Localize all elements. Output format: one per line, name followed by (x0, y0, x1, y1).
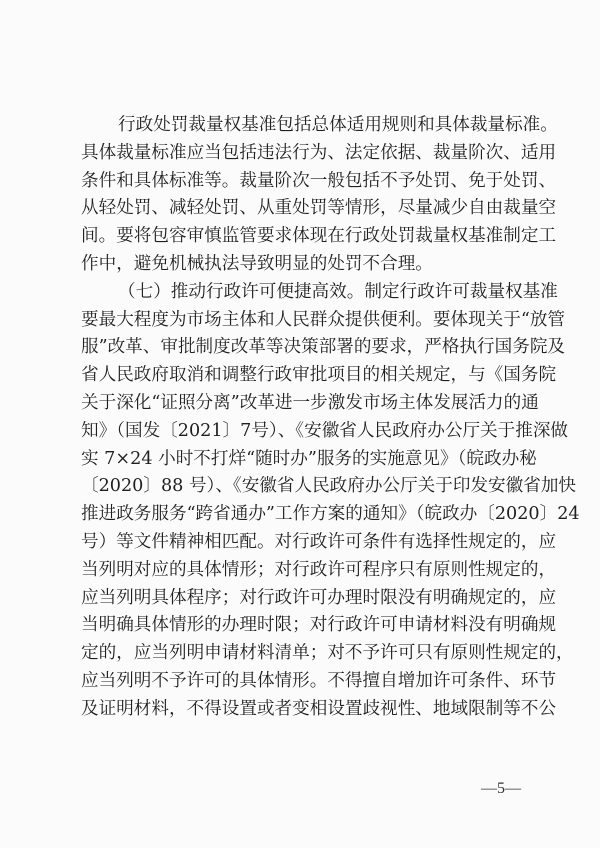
text-line: 服”改革、审批制度改革等决策部署的要求，严格执行国务院及 (81, 334, 521, 362)
text-line: 具体裁量标准应当包括违法行为、法定依据、裁量阶次、适用 (81, 140, 521, 168)
text-line: 当明确具体情形的办理时限；对行政许可申请材料没有明确规 (81, 612, 521, 640)
section-heading-line: （七）推动行政许可便捷高效。制定行政许可裁量权基准 (81, 279, 521, 307)
text-line: 知》（国发〔2021〕7号）、《安徽省人民政府办公厅关于推深做 (81, 418, 521, 446)
document-page-body: 行政处罚裁量权基准包括总体适用规则和具体裁量标准。 具体裁量标准应当包括违法行为… (81, 112, 521, 724)
text-line: 推进政务服务“跨省通办”工作方案的通知》（皖政办〔2020〕24 (81, 501, 521, 529)
text-line: 定的，应当列明申请材料清单；对不予许可只有原则性规定的， (81, 640, 521, 668)
text-line: 号）等文件精神相匹配。对行政许可条件有选择性规定的，应 (81, 529, 521, 557)
text-line: 省人民政府取消和调整行政审批项目的相关规定，与《国务院 (81, 362, 521, 390)
text-line: 实 7×24 小时不打烊“随时办”服务的实施意见》（皖政办秘 (81, 446, 521, 474)
text-line: 要最大程度为市场主体和人民群众提供便利。要体现关于“放管 (81, 307, 521, 335)
text-line: 作中，避免机械执法导致明显的处罚不合理。 (81, 251, 521, 279)
text-line: 〔2020〕88 号）、《安徽省人民政府办公厅关于印发安徽省加快 (81, 473, 521, 501)
text-line: 条件和具体标准等。裁量阶次一般包括不予处罚、免于处罚、 (81, 168, 521, 196)
paragraph-discretion-benchmark-content: 行政处罚裁量权基准包括总体适用规则和具体裁量标准。 具体裁量标准应当包括违法行为… (81, 112, 521, 279)
text-line: 应当列明具体程序；对行政许可办理时限没有明确规定的，应 (81, 585, 521, 613)
text-line: 行政处罚裁量权基准包括总体适用规则和具体裁量标准。 (81, 112, 521, 140)
text-line: 应当列明不予许可的具体情形。不得擅自增加许可条件、环节 (81, 668, 521, 696)
paragraph-section-7-administrative-licensing: （七）推动行政许可便捷高效。制定行政许可裁量权基准 要最大程度为市场主体和人民群… (81, 279, 521, 724)
page-number: —5— (466, 780, 536, 798)
text-line: 从轻处罚、减轻处罚、从重处罚等情形，尽量减少自由裁量空 (81, 195, 521, 223)
text-line: 及证明材料，不得设置或者变相设置歧视性、地域限制等不公 (81, 696, 521, 724)
text-line: 当列明对应的具体情形；对行政许可程序只有原则性规定的， (81, 557, 521, 585)
text-line: 关于深化“证照分离”改革进一步激发市场主体发展活力的通 (81, 390, 521, 418)
text-line: 间。要将包容审慎监管要求体现在行政处罚裁量权基准制定工 (81, 223, 521, 251)
